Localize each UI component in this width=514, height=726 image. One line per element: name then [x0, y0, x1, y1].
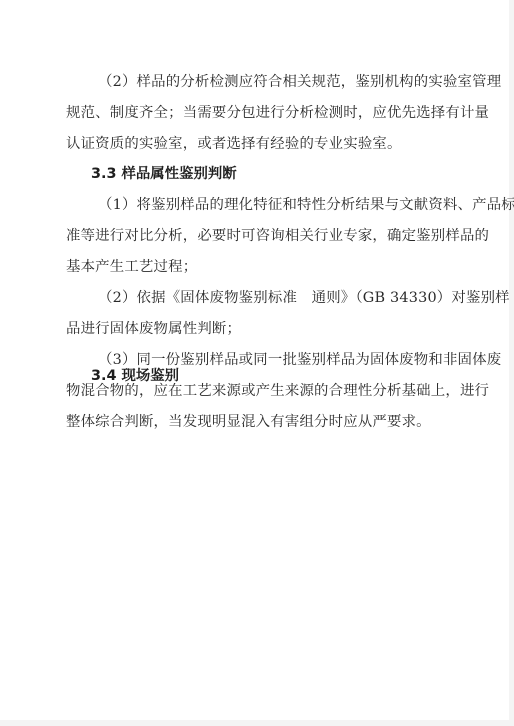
text-line: （1）将鉴别样品的理化特征和特性分析结果与文献资料、产品标 [98, 195, 448, 215]
section-heading-3-3: 3.3 样品属性鉴别判断 [91, 164, 237, 184]
text-line: （2）依据《固体废物鉴别标准 通则》（GB 34330）对鉴别样 [98, 288, 448, 308]
text-line: 认证资质的实验室，或者选择有经验的专业实验室。 [66, 134, 448, 154]
section-heading-3-4: 3.4 现场鉴别 [91, 366, 179, 386]
text-line: （2）样品的分析检测应符合相关规范，鉴别机构的实验室管理 [98, 72, 448, 92]
text-line: 整体综合判断，当发现明显混入有害组分时应从严要求。 [66, 412, 448, 432]
text-line: 准等进行对比分析，必要时可咨询相关行业专家，确定鉴别样品的 [66, 226, 448, 246]
text-line: 基本产生工艺过程； [66, 257, 448, 277]
text-line: 规范、制度齐全；当需要分包进行分析检测时，应优先选择有计量 [66, 103, 448, 123]
document-page: （2）样品的分析检测应符合相关规范，鉴别机构的实验室管理 规范、制度齐全；当需要… [0, 0, 509, 720]
text-line: 品进行固体废物属性判断； [66, 319, 448, 339]
